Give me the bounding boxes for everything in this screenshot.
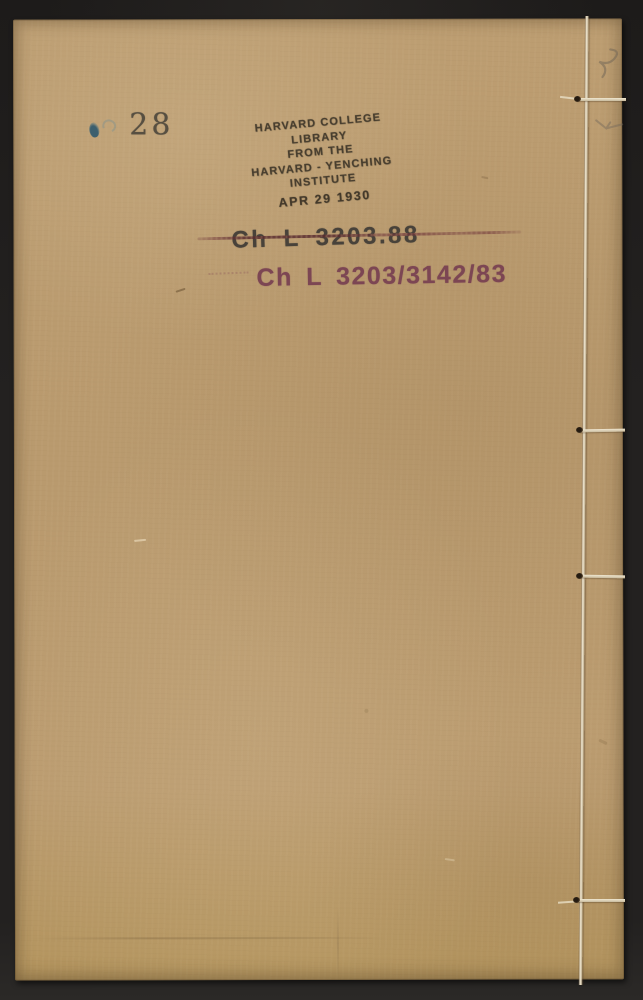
binding-stitch-1 (577, 98, 626, 101)
faded-ink-dashes (209, 271, 249, 274)
paper-fibre (481, 176, 488, 179)
paper-crease (337, 907, 339, 980)
binding-hole-4 (573, 897, 580, 903)
book-cover: 28 HARVARD COLLEGE LIBRARY FROM THE HARV… (13, 18, 624, 980)
binding-hole-3 (576, 573, 583, 579)
library-stamp: HARVARD COLLEGE LIBRARY FROM THE HARVARD… (228, 108, 415, 214)
paper-fibre (134, 539, 146, 542)
paper-crease (27, 937, 387, 940)
pencil-mark-top (594, 47, 619, 79)
pencil-marks (588, 38, 633, 148)
paper-fibre (445, 858, 455, 861)
paper-fibre (175, 288, 185, 293)
scan-background: 28 HARVARD COLLEGE LIBRARY FROM THE HARV… (0, 0, 643, 1000)
handwritten-copy-number: 28 (129, 107, 173, 142)
binding-hole-2 (576, 427, 583, 433)
blue-ink-smudge (87, 121, 101, 138)
paper-speck (364, 709, 368, 713)
blue-ink-smudge-halo (100, 117, 118, 134)
binding-stitch-4 (577, 899, 625, 902)
binding-hole-1 (574, 96, 581, 102)
new-call-number: Ch L 3203/3142/83 (256, 260, 507, 293)
pencil-mark-bottom (596, 120, 622, 128)
paper-fibre (598, 739, 607, 746)
